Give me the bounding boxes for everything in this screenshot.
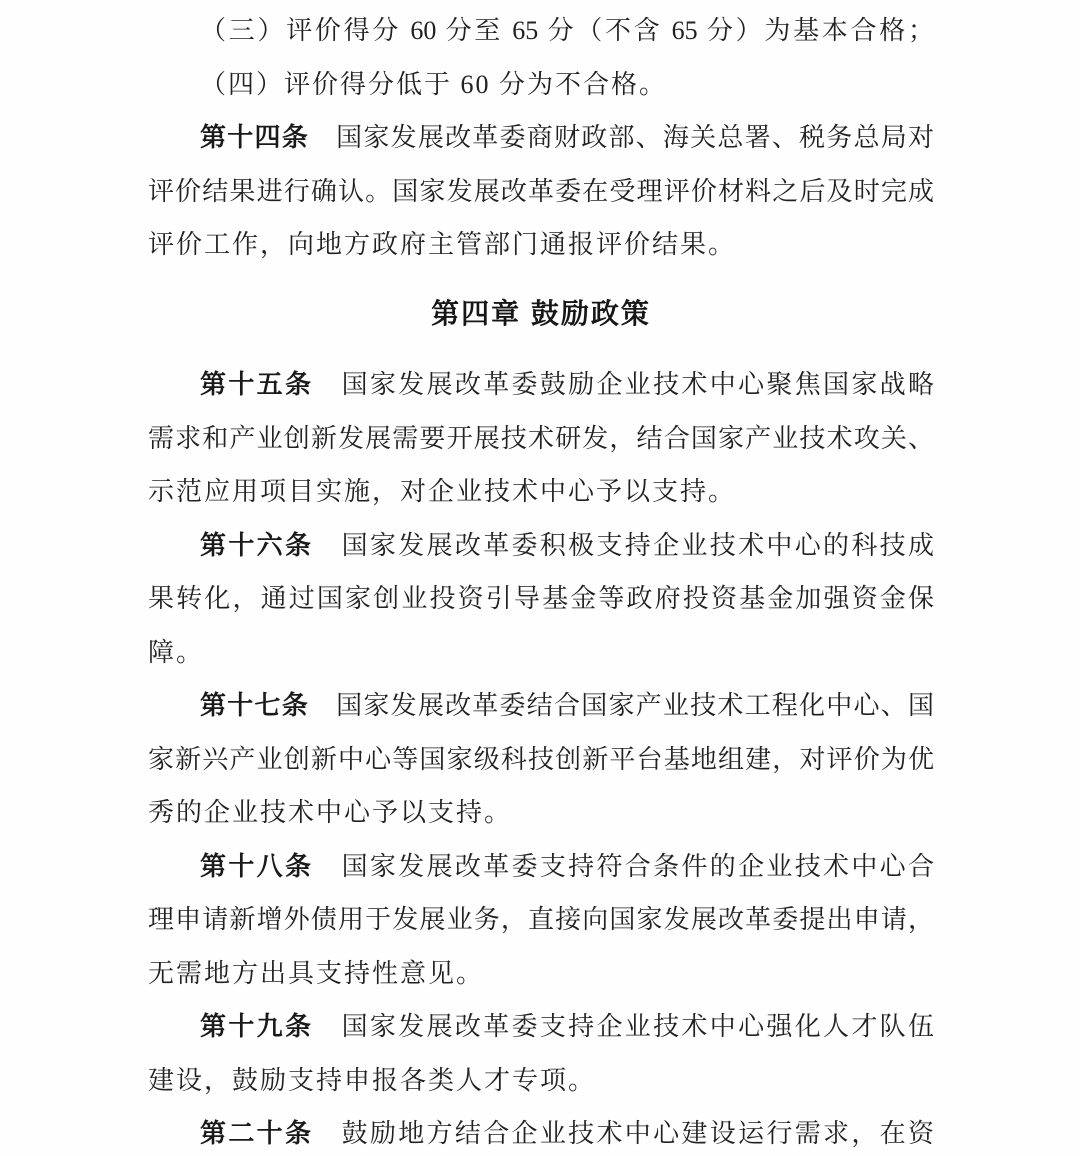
text-line: 第十五条 国家发展改革委鼓励企业技术中心聚焦国家战略 [148, 358, 934, 412]
body-text: 国家发展改革委结合国家产业技术工程化中心、国 [309, 691, 934, 720]
body-text: 评价结果进行确认。国家发展改革委在受理评价材料之后及时完成 [148, 177, 934, 206]
body-text: 家新兴产业创新中心等国家级科技创新平台基地组建，对评价为优 [148, 745, 934, 774]
text-line: （三）评价得分 60 分至 65 分（不含 65 分）为基本合格； [148, 4, 934, 58]
text-line: 果转化，通过国家创业投资引导基金等政府投资基金加强资金保 [148, 572, 934, 626]
body-text: 国家发展改革委积极支持企业技术中心的科技成 [313, 531, 934, 560]
article-number: 第十九条 [200, 1011, 313, 1041]
body-text: 国家发展改革委商财政部、海关总署、税务总局对 [309, 123, 934, 152]
chapter-heading: 第四章 鼓励政策 [148, 287, 934, 341]
text-line: 障。 [148, 626, 934, 680]
text-line: 建设，鼓励支持申报各类人才专项。 [148, 1054, 934, 1108]
body-text: 国家发展改革委支持企业技术中心强化人才队伍 [313, 1012, 934, 1041]
body-text: 无需地方出具支持性意见。 [148, 959, 484, 988]
text-line: 家新兴产业创新中心等国家级科技创新平台基地组建，对评价为优 [148, 733, 934, 787]
body-text: 障。 [148, 638, 204, 667]
text-line: 第十八条 国家发展改革委支持符合条件的企业技术中心合 [148, 840, 934, 894]
body-text: 示范应用项目实施，对企业技术中心予以支持。 [148, 477, 736, 506]
body-text: 理申请新增外债用于发展业务，直接向国家发展改革委提出申请， [148, 905, 934, 934]
article-number: 第十六条 [200, 530, 313, 560]
text-line: 第十六条 国家发展改革委积极支持企业技术中心的科技成 [148, 519, 934, 573]
text-line: 秀的企业技术中心予以支持。 [148, 786, 934, 840]
body-text: （三）评价得分 60 分至 65 分（不含 65 分）为基本合格； [200, 16, 934, 45]
article-number: 第十四条 [200, 122, 309, 152]
article-number: 第十五条 [200, 369, 313, 399]
text-line: 评价工作，向地方政府主管部门通报评价结果。 [148, 218, 934, 272]
document-page: （三）评价得分 60 分至 65 分（不含 65 分）为基本合格；（四）评价得分… [0, 0, 1080, 1156]
body-text: 评价工作，向地方政府主管部门通报评价结果。 [148, 230, 736, 259]
body-text: 建设，鼓励支持申报各类人才专项。 [148, 1066, 596, 1095]
text-line: 示范应用项目实施，对企业技术中心予以支持。 [148, 465, 934, 519]
text-line: （四）评价得分低于 60 分为不合格。 [148, 58, 934, 112]
body-text: 秀的企业技术中心予以支持。 [148, 798, 512, 827]
body-text: 国家发展改革委鼓励企业技术中心聚焦国家战略 [313, 370, 934, 399]
article-number: 第十七条 [200, 690, 309, 720]
text-line: 第十七条 国家发展改革委结合国家产业技术工程化中心、国 [148, 679, 934, 733]
article-number: 第十八条 [200, 851, 313, 881]
text-line: 第二十条 鼓励地方结合企业技术中心建设运行需求，在资 [148, 1107, 934, 1156]
text-line: 评价结果进行确认。国家发展改革委在受理评价材料之后及时完成 [148, 165, 934, 219]
text-line: 无需地方出具支持性意见。 [148, 947, 934, 1001]
text-line: 需求和产业创新发展需要开展技术研发，结合国家产业技术攻关、 [148, 412, 934, 466]
document-text-block: （三）评价得分 60 分至 65 分（不含 65 分）为基本合格；（四）评价得分… [148, 4, 934, 1156]
body-text: 需求和产业创新发展需要开展技术研发，结合国家产业技术攻关、 [148, 424, 934, 453]
body-text: 鼓励地方结合企业技术中心建设运行需求，在资 [313, 1119, 934, 1148]
body-text: 国家发展改革委支持符合条件的企业技术中心合 [313, 852, 934, 881]
text-line: 第十四条 国家发展改革委商财政部、海关总署、税务总局对 [148, 111, 934, 165]
body-text: （四）评价得分低于 60 分为不合格。 [200, 70, 667, 99]
article-number: 第二十条 [200, 1118, 313, 1148]
text-line: 第十九条 国家发展改革委支持企业技术中心强化人才队伍 [148, 1000, 934, 1054]
text-line: 理申请新增外债用于发展业务，直接向国家发展改革委提出申请， [148, 893, 934, 947]
body-text: 果转化，通过国家创业投资引导基金等政府投资基金加强资金保 [148, 584, 934, 613]
